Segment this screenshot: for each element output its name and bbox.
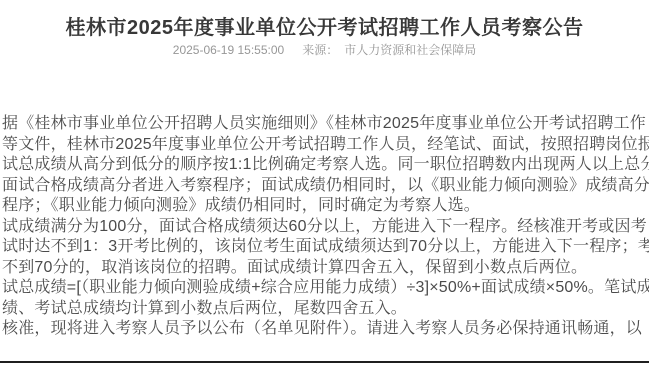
- article-meta: 2025-06-19 15:55:00来源：市人力资源和社会保障局: [0, 41, 649, 58]
- paragraph-line: 试总成绩=[（职业能力倾向测验成绩+综合应用能力成绩）÷3]×50%+面试成绩×…: [2, 278, 649, 299]
- paragraph-line: 试成绩满分为100分，面试合格成绩须达60分以上，方能进入下一程序。经核准开考或…: [2, 217, 649, 238]
- article-title: 桂林市2025年度事业单位公开考试招聘工作人员考察公告: [0, 11, 649, 40]
- source-label: 来源：: [302, 43, 338, 57]
- source-name: 市人力资源和社会保障局: [344, 43, 476, 57]
- paragraph-line: 绩、考试总成绩均计算到小数点后两位，尾数四舍五入。: [2, 299, 649, 320]
- paragraph-line: 试总成绩从高分到低分的顺序按1:1比例确定考察人选。同一职位招聘数内出现两人以上…: [2, 155, 649, 176]
- paragraph-line: 等文件，桂林市2025年度事业单位公开考试招聘工作人员，经笔试、面试，按照招聘岗…: [2, 135, 649, 156]
- paragraph-line: 程序；《职业能力倾向测验》成绩仍相同时，同时确定为考察人选。: [2, 196, 649, 217]
- bottom-divider: [0, 361, 649, 363]
- paragraph-line: 面试合格成绩高分者进入考察程序；面试成绩仍相同时，以《职业能力倾向测验》成绩高分: [2, 176, 649, 197]
- paragraph-line: 试时达不到1：3开考比例的，该岗位考生面试成绩须达到70分以上，方能进入下一程序…: [2, 237, 649, 258]
- paragraph-line: 核准，现将进入考察人员予以公布（名单见附件）。请进入考察人员务必保持通讯畅通，以: [2, 319, 649, 340]
- paragraph-line: 不到70分的，取消该岗位的招聘。面试成绩计算四舍五入，保留到小数点后两位。: [2, 258, 649, 279]
- paragraph-line: 据《桂林市事业单位公开招聘人员实施细则》《桂林市2025年度事业单位公开考试招聘…: [2, 114, 649, 135]
- article-body: 据《桂林市事业单位公开招聘人员实施细则》《桂林市2025年度事业单位公开考试招聘…: [2, 114, 649, 340]
- publish-datetime: 2025-06-19 15:55:00: [173, 43, 284, 57]
- announcement-page: 桂林市2025年度事业单位公开考试招聘工作人员考察公告 2025-06-19 1…: [0, 0, 649, 367]
